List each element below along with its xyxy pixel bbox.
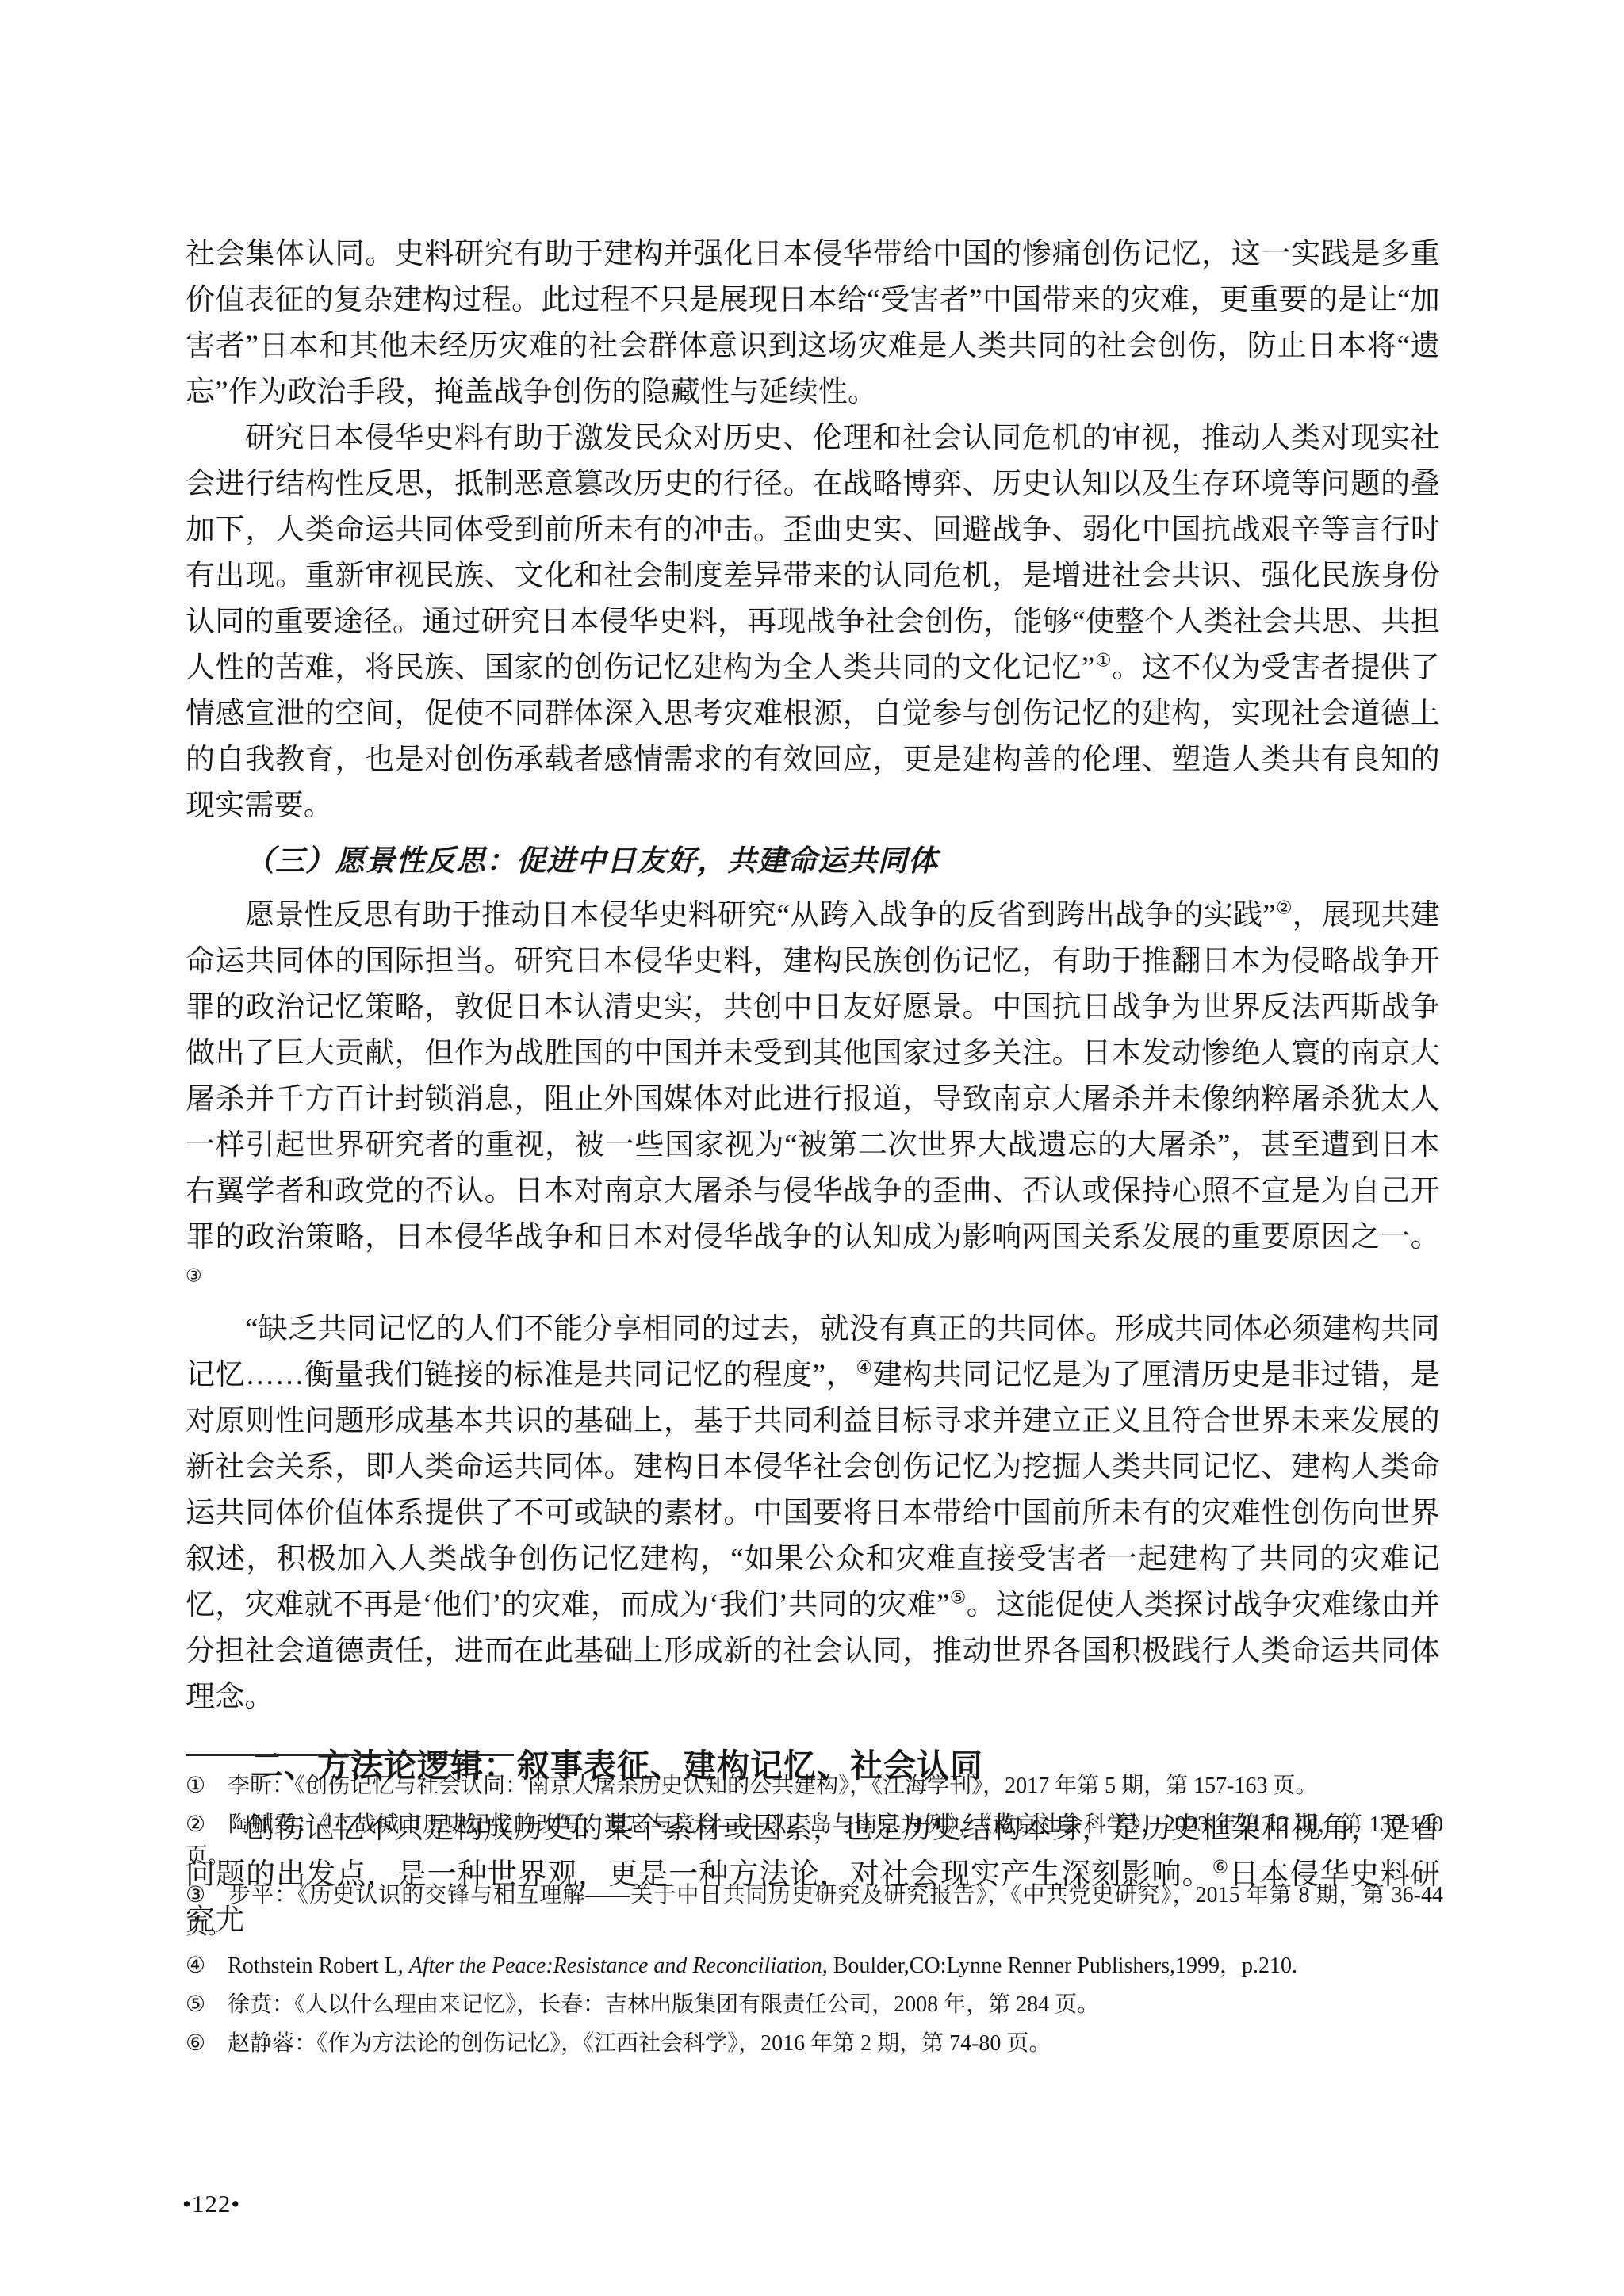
footnote-item: ①李昕：《创伤记忆与社会认同：南京大屠杀历史认知的公共建构》，《江海学刊》，20… — [186, 1770, 1443, 1802]
text-run: ，展现共建命运共同体的国际担当。研究日本侵华史料，建构民族创伤记忆，有助于推翻日… — [186, 899, 1440, 1253]
paragraph: 研究日本侵华史料有助于激发民众对历史、伦理和社会认同危机的审视，推动人类对现实社… — [186, 415, 1440, 829]
footnote-marker: ③ — [186, 1883, 206, 1908]
text-run: 李昕：《创伤记忆与社会认同：南京大屠杀历史认知的公共建构》，《江海学刊》，201… — [228, 1774, 1317, 1798]
footnote-ref: ① — [1094, 651, 1112, 671]
text-run: 愿景性反思有助于推动日本侵华史料研究“从跨入战争的反省到跨出战争的实践” — [245, 899, 1276, 932]
paragraph: 愿景性反思有助于推动日本侵华史料研究“从跨入战争的反省到跨出战争的实践”②，展现… — [186, 893, 1440, 1307]
footnote-marker: ④ — [186, 1954, 205, 1978]
article-body: 社会集体认同。史料研究有助于建构并强化日本侵华带给中国的惨痛创伤记忆，这一实践是… — [186, 232, 1440, 1944]
footnote-marker: ② — [186, 1812, 206, 1837]
journal-page: 社会集体认同。史料研究有助于建构并强化日本侵华带给中国的惨痛创伤记忆，这一实践是… — [0, 0, 1624, 2296]
footnote-item: ②陶赋雯：《二战城市历史记忆的改写、遗忘与竞合——以广岛与南京为例》，《南京社会… — [186, 1809, 1443, 1873]
text-run: 赵静蓉：《作为方法论的创伤记忆》，《江西社会科学》，2016 年第 2 期，第 … — [228, 2031, 1051, 2056]
footnote-ref: ④ — [856, 1358, 872, 1378]
text-run: Rothstein Robert L, — [228, 1954, 409, 1978]
footnote-ref: ② — [1276, 898, 1293, 918]
text-run: 陶赋雯：《二战城市历史记忆的改写、遗忘与竞合——以广岛与南京为例》，《南京社会科… — [186, 1812, 1443, 1869]
footnote-marker: ⑤ — [186, 1992, 205, 2017]
subsection-heading: （三）愿景性反思：促进中日友好，共建命运共同体 — [186, 839, 1440, 885]
text-run: 步平：《历史认识的交锋与相互理解——关于中日共同历史研究及研究报告》，《中共党史… — [186, 1883, 1443, 1939]
footnote-ref: ③ — [186, 1266, 202, 1286]
paragraph: 社会集体认同。史料研究有助于建构并强化日本侵华带给中国的惨痛创伤记忆，这一实践是… — [186, 232, 1440, 415]
footnote-item: ⑤徐贲：《人以什么理由来记忆》，长春：吉林出版集团有限责任公司，2008 年，第… — [186, 1989, 1443, 2021]
page-number: •122• — [182, 2190, 240, 2218]
text-run: 社会集体认同。史料研究有助于建构并强化日本侵华带给中国的惨痛创伤记忆，这一实践是… — [186, 238, 1440, 408]
italic-text-run: After the Peace:Resistance and Reconcili… — [409, 1954, 828, 1978]
footnote-item: ③步平：《历史认识的交锋与相互理解——关于中日共同历史研究及研究报告》，《中共党… — [186, 1880, 1443, 1943]
footnote-list: ①李昕：《创伤记忆与社会认同：南京大屠杀历史认知的公共建构》，《江海学刊》，20… — [186, 1770, 1443, 2060]
text-run: 研究日本侵华史料有助于激发民众对历史、伦理和社会认同危机的审视，推动人类对现实社… — [186, 422, 1440, 684]
text-run: （三）愿景性反思：促进中日友好，共建命运共同体 — [245, 845, 938, 878]
footnote-item: ⑥赵静蓉：《作为方法论的创伤记忆》，《江西社会科学》，2016 年第 2 期，第… — [186, 2028, 1443, 2060]
footnote-marker: ① — [186, 1774, 205, 1798]
footnote-divider — [186, 1754, 514, 1756]
text-run: Boulder,CO:Lynne Renner Publishers,1999，… — [828, 1954, 1297, 1978]
text-run: 徐贲：《人以什么理由来记忆》，长春：吉林出版集团有限责任公司，2008 年，第 … — [228, 1992, 1099, 2017]
footnote-ref: ⑤ — [950, 1588, 967, 1608]
footnote-section: ①李昕：《创伤记忆与社会认同：南京大屠杀历史认知的公共建构》，《江海学刊》，20… — [186, 1754, 1443, 2067]
paragraph: “缺乏共同记忆的人们不能分享相同的过去，就没有真正的共同体。形成共同体必须建构共… — [186, 1307, 1440, 1720]
footnote-marker: ⑥ — [186, 2031, 205, 2056]
text-run: 建构共同记忆是为了厘清历史是非过错，是对原则性问题形成基本共识的基础上，基于共同… — [186, 1359, 1440, 1621]
footnote-item: ④Rothstein Robert L, After the Peace:Res… — [186, 1950, 1443, 1982]
